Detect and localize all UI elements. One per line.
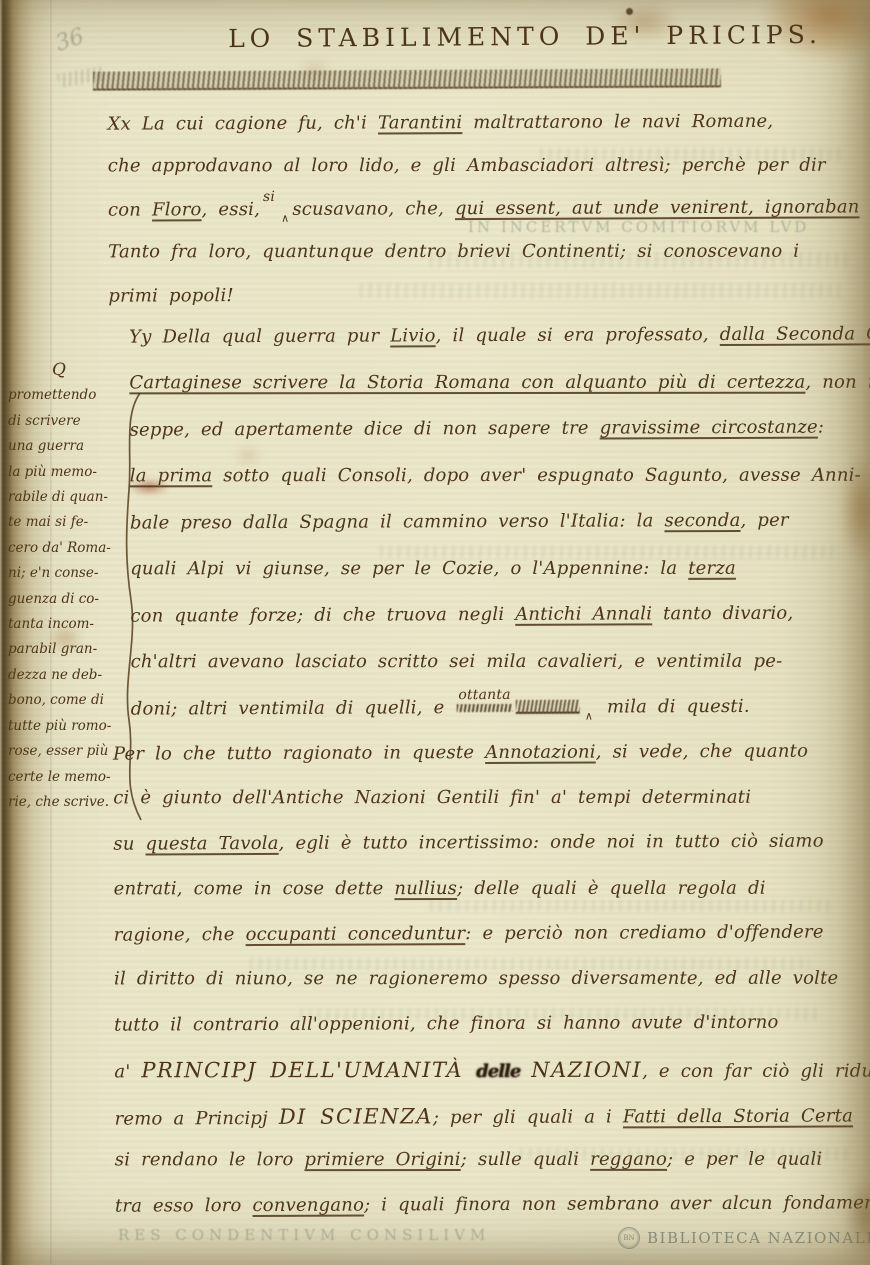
text-line: rabile di quan- (8, 485, 108, 510)
pencil-mark: 36 (53, 24, 87, 56)
text-line: tutte più romo- (8, 714, 108, 739)
scribbled-out-line (93, 68, 721, 90)
text-line: la prima sotto quali Consoli, dopo aver'… (130, 464, 868, 511)
text-line: remo a Principj DI SCIENZA; per gli qual… (114, 1102, 868, 1150)
text-line: bale preso dalla Spagna il cammino verso… (130, 509, 868, 559)
text-line: ragione, che occupanti conceduntur: e pe… (114, 921, 868, 969)
text-line: Q (8, 358, 108, 383)
library-logo-icon: BN (618, 1227, 640, 1249)
text-line: ci è giunto dell'Antiche Nazioni Gentili… (113, 787, 867, 833)
ink-dot (626, 8, 633, 15)
text-line: il diritto di niuno, se ne ragioneremo s… (114, 968, 868, 1014)
text-line: certe le memo- (8, 765, 108, 790)
paragraph-tarantini: Xx La cui cagione fu, ch'i Tarantini mal… (108, 110, 869, 328)
text-line: bono, come di (8, 688, 108, 713)
text-line: ni; e'n conse- (8, 561, 108, 586)
paragraph-livio: Yy Della qual guerra pur Livio, il quale… (129, 323, 869, 745)
manuscript-page: IN INCERTVM COMITIORVM LVD RES CONDENTIV… (0, 0, 870, 1265)
paragraph-conclusione: Per lo che tutto ragionato in queste Ann… (113, 740, 869, 1240)
text-line: di scrivere (8, 409, 108, 434)
text-line: quali Alpi vi giunse, se per le Cozie, o… (130, 557, 868, 604)
text-line: con quante forze; di che truova negli An… (130, 602, 868, 652)
text-line: guenza di co- (8, 587, 108, 612)
library-stamp: BN BIBLIOTECA NAZIONALE DI NAPOLI (618, 1227, 870, 1249)
text-line: su questa Tavola, egli è tutto incertiss… (113, 831, 867, 879)
text-line: una guerra (8, 434, 108, 459)
text-line: seppe, ed apertamente dice di non sapere… (129, 416, 867, 466)
text-line: rose, esser più (8, 739, 108, 764)
margin-note: Qpromettendodi scrivereuna guerrala più … (8, 358, 108, 815)
library-stamp-label: BIBLIOTECA NAZIONALE DI NAPOLI (647, 1229, 870, 1247)
text-line: primi popoli! (108, 282, 868, 328)
text-line: doni; altri ventimila di quelli, e ottan… (131, 695, 869, 745)
text-line: si rendano le loro primiere Origini; sul… (115, 1148, 869, 1194)
text-line: Per lo che tutto ragionato in queste Ann… (113, 740, 867, 788)
text-line: rie, che scrive. (8, 790, 108, 815)
text-line: promettendo (8, 383, 108, 408)
text-line: parabil gran- (8, 637, 108, 662)
text-line: cero da' Roma- (8, 536, 108, 561)
text-line: a' PRINCIPJ DELL'UMANITÀ delle NAZIONI, … (114, 1058, 868, 1104)
text-line: la più memo- (8, 460, 108, 485)
text-line: che approdavano al loro lido, e gli Amba… (108, 155, 868, 199)
text-line: tutto il contrario all'oppenioni, che fi… (114, 1011, 868, 1059)
text-line: con Floro, essi,si∧scusavano, che, qui e… (108, 196, 868, 242)
text-line: entrati, come in cose dette nullius; del… (114, 877, 868, 923)
text-line: Xx La cui cagione fu, ch'i Tarantini mal… (108, 110, 868, 156)
text-line: Cartaginese scrivere la Storia Romana co… (129, 371, 867, 418)
text-line: dezza ne deb- (8, 663, 108, 688)
text-line: tanta incom- (8, 612, 108, 637)
page-title: LO STABILIMENTO DE' PRICIPS. (215, 20, 835, 53)
text-line: Yy Della qual guerra pur Livio, il quale… (129, 323, 867, 373)
text-line: Tanto fra loro, quantunque dentro brievi… (108, 241, 868, 285)
text-line: te mai si fe- (8, 510, 108, 535)
